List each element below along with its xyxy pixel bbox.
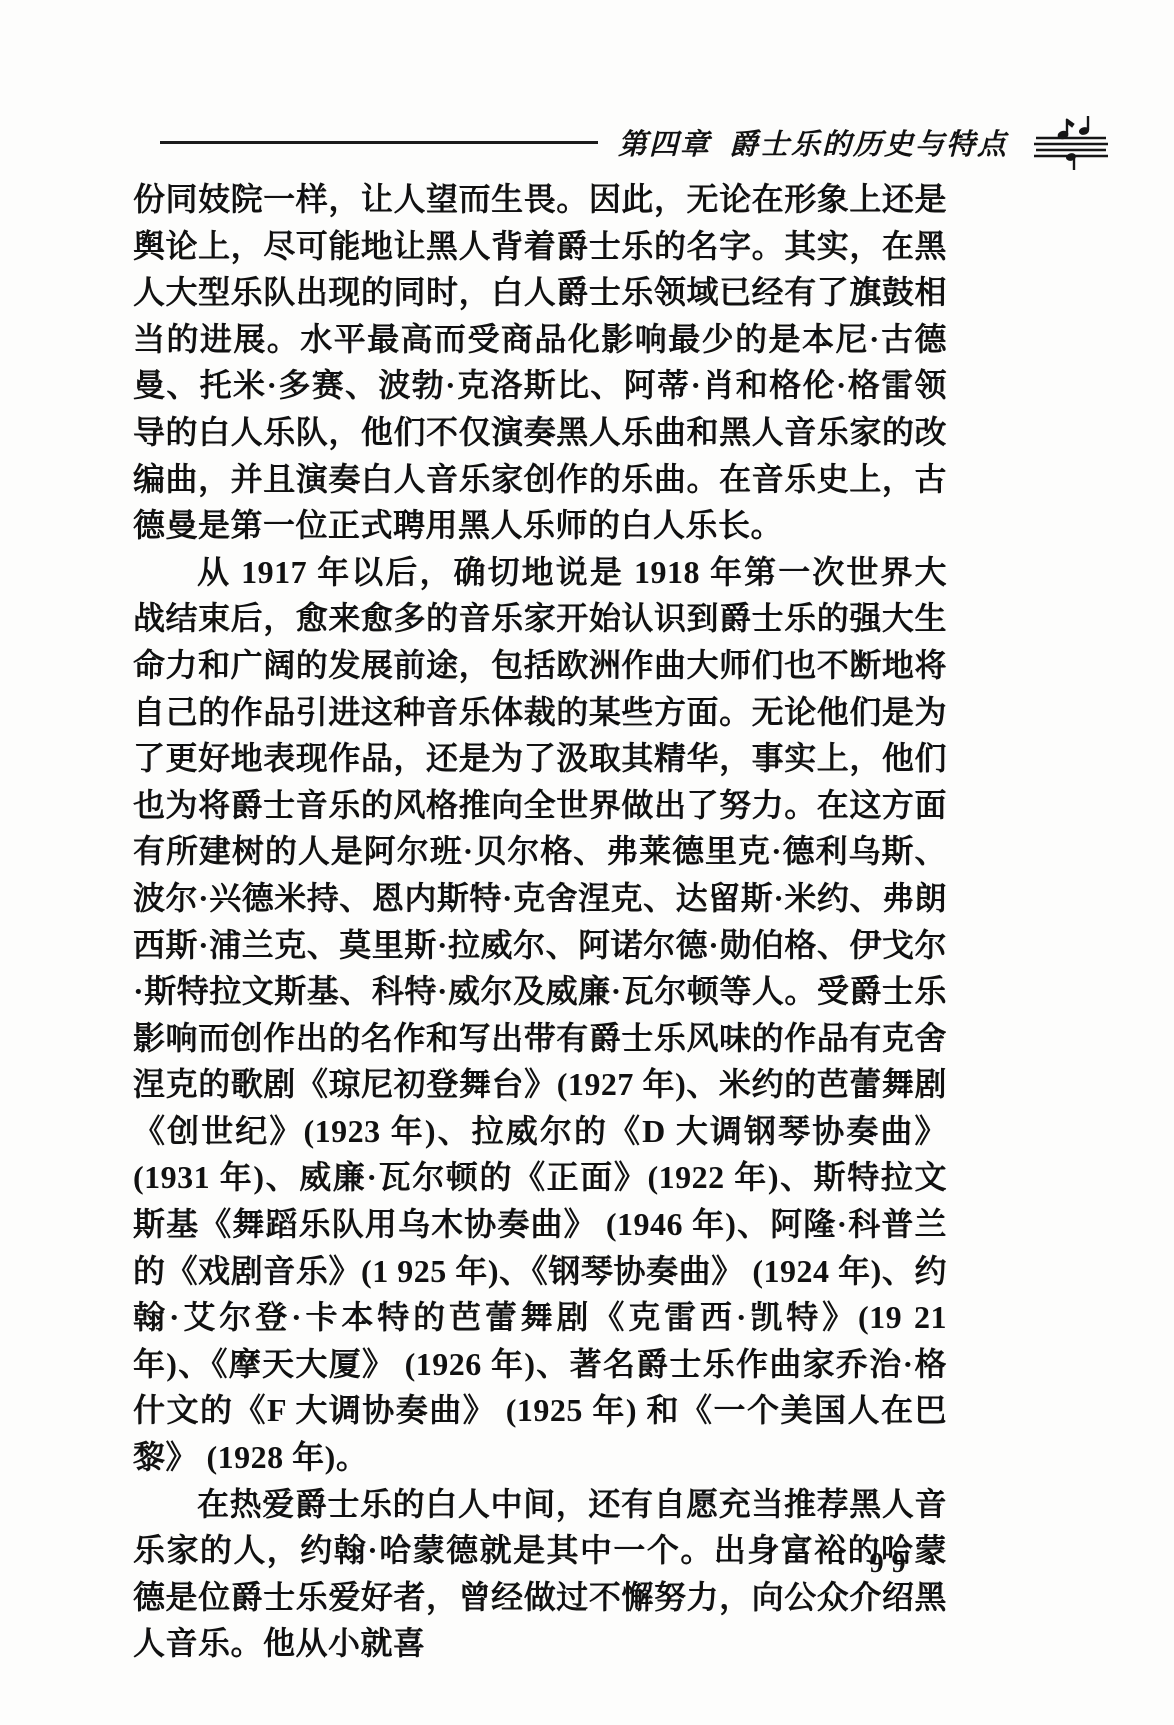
paragraph: 份同妓院一样，让人望而生畏。因此，无论在形象上还是舆论上，尽可能地让黑人背着爵士… [133, 176, 947, 549]
body-text: 份同妓院一样，让人望而生畏。因此，无论在形象上还是舆论上，尽可能地让黑人背着爵士… [133, 176, 947, 1667]
music-staff-icon [1032, 114, 1110, 177]
page-number: · 99 · [837, 1548, 946, 1580]
paragraph: 从 1917 年以后，确切地说是 1918 年第一次世界大战结束后，愈来愈多的音… [133, 549, 947, 1481]
chapter-label: 第四章 [618, 122, 711, 163]
chapter-title: 爵士乐的历史与特点 [729, 122, 1008, 163]
running-header: 第四章 爵士乐的历史与特点 [160, 112, 1025, 172]
book-page: 第四章 爵士乐的历史与特点 [0, 0, 1174, 1725]
paragraph: 在热爱爵士乐的白人中间，还有自愿充当推荐黑人音乐家的人，约翰·哈蒙德就是其中一个… [133, 1481, 947, 1667]
header-rule [160, 141, 598, 144]
header-title-group: 第四章 爵士乐的历史与特点 [618, 122, 1008, 163]
